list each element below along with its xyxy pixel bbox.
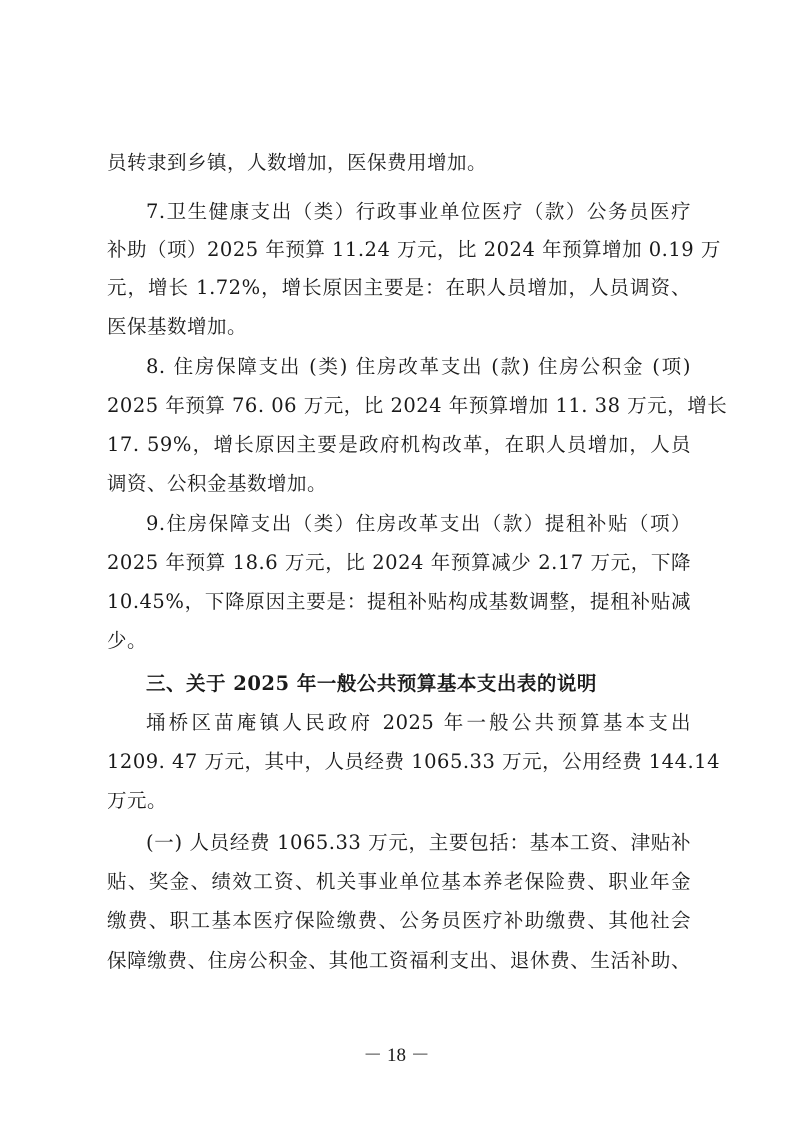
paragraph-line: 7.卫生健康支出（类）行政事业单位医疗（款）公务员医疗: [146, 199, 691, 225]
paragraph-line: 2025 年预算 18.6 万元，比 2024 年预算减少 2.17 万元，下降: [107, 550, 691, 576]
paragraph-line: 缴费、职工基本医疗保险缴费、公务员医疗补助缴费、其他社会: [107, 908, 691, 934]
document-page: 员转隶到乡镇，人数增加，医保费用增加。 7.卫生健康支出（类）行政事业单位医疗（…: [0, 0, 793, 1122]
paragraph-line: 8. 住房保障支出 (类) 住房改革支出 (款) 住房公积金 (项): [146, 354, 691, 380]
page-number: － 18 －: [0, 1044, 793, 1068]
paragraph-line: 元，增长 1.72%，增长原因主要是：在职人员增加，人员调资、: [107, 275, 691, 301]
paragraph-line: 贴、奖金、绩效工资、机关事业单位基本养老保险费、职业年金: [107, 869, 691, 895]
paragraph-line: 保障缴费、住房公积金、其他工资福利支出、退休费、生活补助、: [107, 948, 691, 974]
paragraph-line: 9.住房保障支出（类）住房改革支出（款）提租补贴（项）: [146, 511, 691, 537]
paragraph-line: (一) 人员经费 1065.33 万元，主要包括：基本工资、津贴补: [146, 830, 691, 856]
paragraph-line: 埇桥区苗庵镇人民政府 2025 年一般公共预算基本支出: [146, 710, 691, 736]
paragraph-line: 10.45%，下降原因主要是：提租补贴构成基数调整，提租补贴减: [107, 589, 691, 615]
paragraph-line: 员转隶到乡镇，人数增加，医保费用增加。: [107, 150, 691, 176]
paragraph-line: 少。: [107, 628, 691, 654]
paragraph-line: 2025 年预算 76. 06 万元，比 2024 年预算增加 11. 38 万…: [107, 393, 691, 419]
paragraph-line: 调资、公积金基数增加。: [107, 471, 691, 497]
paragraph-line: 17. 59%，增长原因主要是政府机构改革，在职人员增加，人员: [107, 432, 691, 458]
paragraph-line: 医保基数增加。: [107, 314, 691, 340]
section-heading: 三、关于 2025 年一般公共预算基本支出表的说明: [146, 671, 691, 697]
paragraph-line: 1209. 47 万元，其中，人员经费 1065.33 万元，公用经费 144.…: [107, 749, 691, 775]
paragraph-line: 万元。: [107, 788, 691, 814]
paragraph-line: 补助（项）2025 年预算 11.24 万元，比 2024 年预算增加 0.19…: [107, 237, 691, 263]
